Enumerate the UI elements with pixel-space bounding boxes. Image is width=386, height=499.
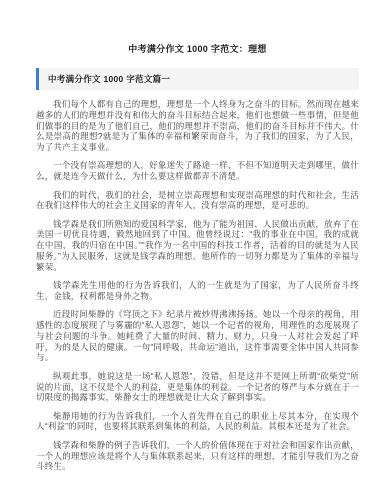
section-header-label: 中考满分作文 1000 字范文篇一	[48, 74, 170, 84]
essay-paragraph: 柴静用她的行为告诉我们，一个人首先得在自己的职业上尽其本分，在实现个人“利益”的…	[36, 411, 359, 433]
essay-paragraph: 我们的时代，我们的社会，是树立崇高理想和实现崇高理想的时代和社会，生活在我们这样…	[36, 190, 359, 212]
document-page: 中考满分作文 1000 字范文：理想 中考满分作文 1000 字范文篇一 我们每…	[0, 0, 386, 499]
essay-body: 我们每个人都有自己的理想，理想是一个人终身为之奋斗的目标。然而现在越来越多的人们…	[36, 99, 359, 472]
essay-paragraph: 一个没有崇高理想的人，好象迷失了路途一样，不但不知道明天走到哪里，做什么，就是连…	[36, 160, 359, 182]
essay-paragraph: 钱学森先生用他的行为告诉我们，人的一生就是为了国家，为了人民所奋斗终生，金钱，权…	[36, 280, 359, 302]
section-header: 中考满分作文 1000 字范文篇一	[36, 68, 359, 90]
essay-paragraph: 纵观此事，她说这是一场“私人恩怨”，没错，但是这并不是网上所谓“砍柴党”所说的片…	[36, 371, 359, 403]
document-title: 中考满分作文 1000 字范文：理想	[36, 42, 359, 55]
essay-paragraph: 钱学森和柴静的例子告诉我们，一个人的价值体现在于对社会和国家作出贡献，一个人的理…	[36, 440, 359, 472]
essay-paragraph: 我们每个人都有自己的理想，理想是一个人终身为之奋斗的目标。然而现在越来越多的人们…	[36, 99, 359, 153]
essay-paragraph: 钱学森是我们所熟知的爱国科学家，他为了能为祖国、人民做出贡献，放弃了在美国一切优…	[36, 219, 359, 273]
essay-paragraph: 近段时间柴静的《穹顶之下》纪录片被炒得沸沸扬扬。她以一个母亲的视角，用感性的态度…	[36, 309, 359, 363]
